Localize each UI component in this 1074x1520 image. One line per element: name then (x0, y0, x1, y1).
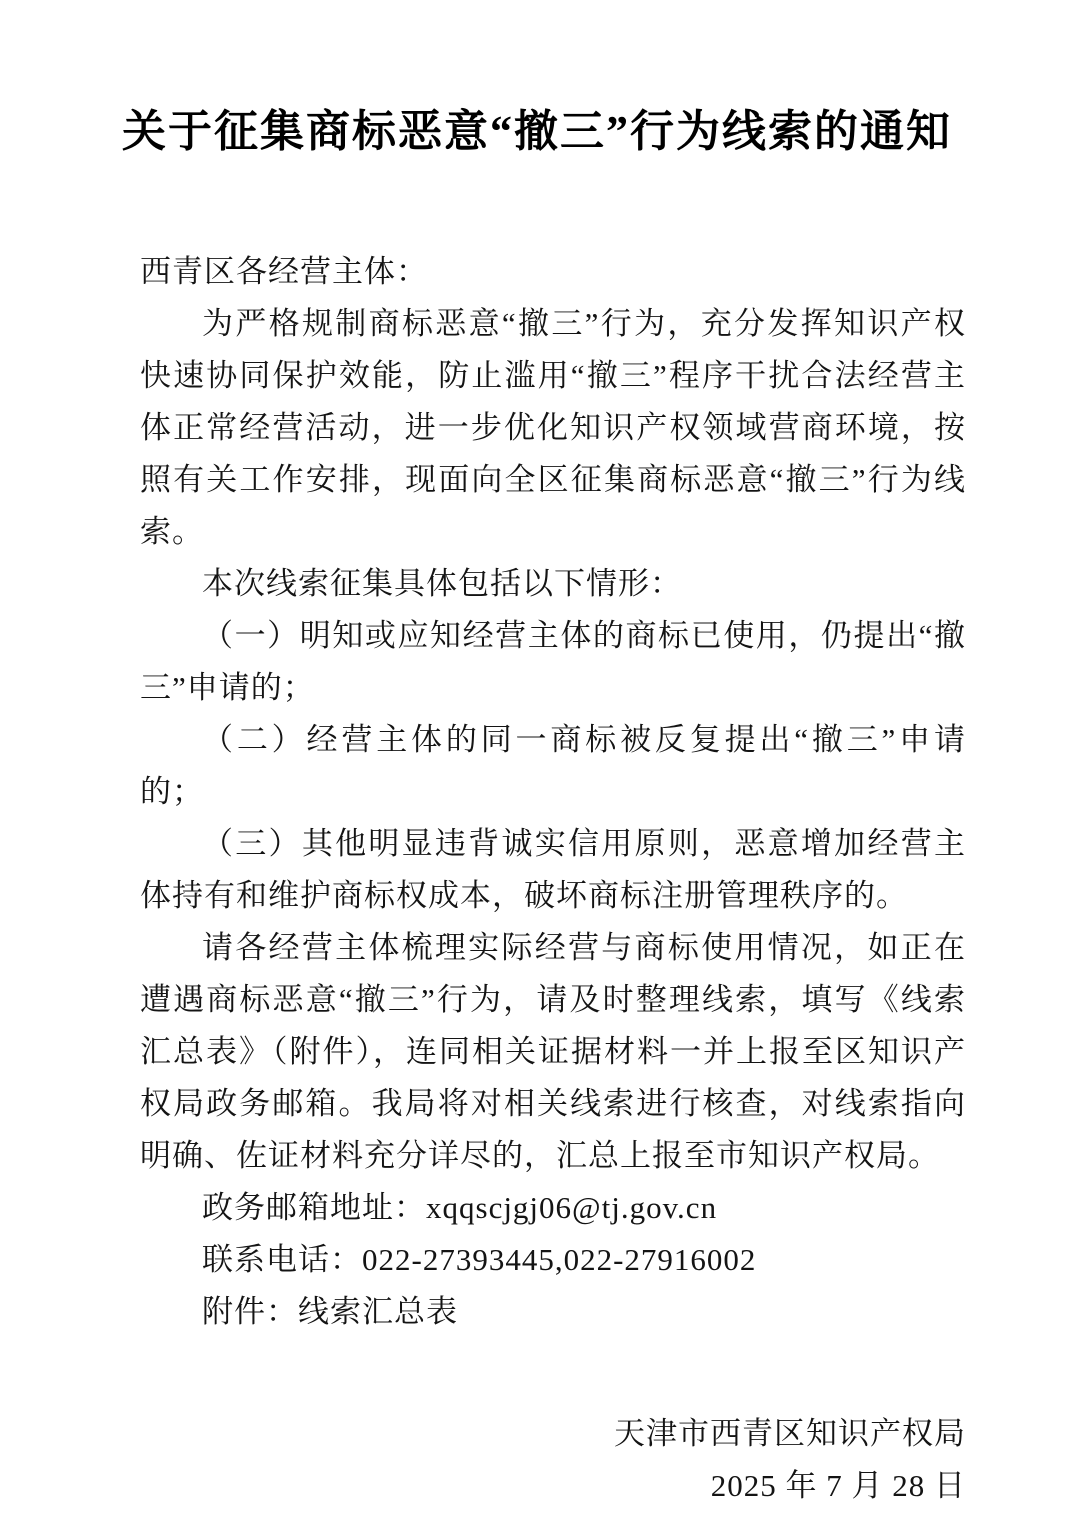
attachment-line: 附件：线索汇总表 (140, 1286, 966, 1338)
document-body: 西青区各经营主体： 为严格规制商标恶意“撤三”行为，充分发挥知识产权快速协同保护… (140, 246, 966, 1512)
issuing-authority: 天津市西青区知识产权局 (140, 1408, 966, 1460)
paragraph-submission-instructions: 请各经营主体梳理实际经营与商标使用情况，如正在遭遇商标恶意“撤三”行为，请及时整… (140, 922, 966, 1182)
paragraph-item-1: （一）明知或应知经营主体的商标已使用，仍提出“撤三”申请的； (140, 610, 966, 714)
issue-date: 2025 年 7 月 28 日 (140, 1460, 966, 1512)
salutation-line: 西青区各经营主体： (140, 246, 966, 298)
notice-document-page: 关于征集商标恶意“撤三”行为线索的通知 西青区各经营主体： 为严格规制商标恶意“… (0, 0, 1074, 1520)
paragraph-background: 为严格规制商标恶意“撤三”行为，充分发挥知识产权快速协同保护效能，防止滥用“撤三… (140, 298, 966, 558)
phone-number-line: 联系电话：022-27393445,022-27916002 (140, 1234, 966, 1286)
paragraph-item-2: （二）经营主体的同一商标被反复提出“撤三”申请的； (140, 714, 966, 818)
email-address-line: 政务邮箱地址：xqqscjgj06@tj.gov.cn (140, 1182, 966, 1234)
paragraph-scope-intro: 本次线索征集具体包括以下情形： (140, 558, 966, 610)
document-title: 关于征集商标恶意“撤三”行为线索的通知 (60, 96, 1014, 168)
paragraph-item-3: （三）其他明显违背诚实信用原则，恶意增加经营主体持有和维护商标权成本，破坏商标注… (140, 818, 966, 922)
signature-block: 天津市西青区知识产权局 2025 年 7 月 28 日 (140, 1408, 966, 1512)
